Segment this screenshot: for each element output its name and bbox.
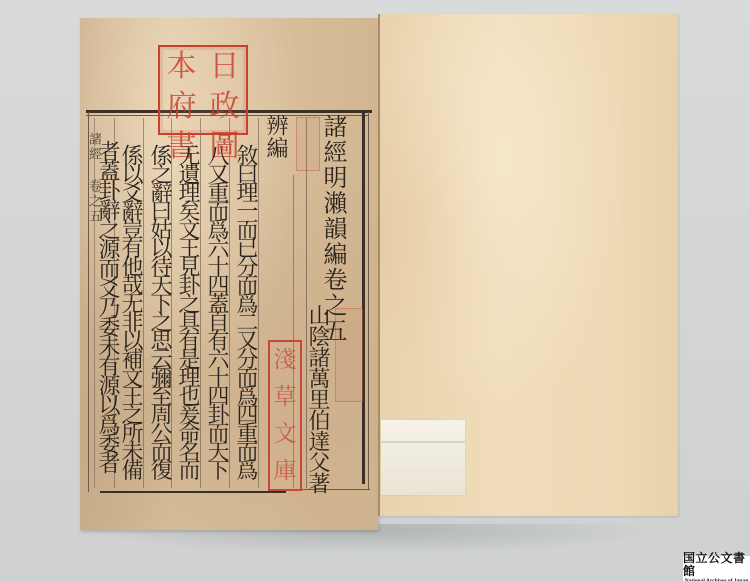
government-library-seal: 日 本 政 府 圖 書 [158, 45, 248, 135]
column-divider [143, 118, 144, 488]
seal-char: 府 [162, 87, 202, 127]
national-archives-logo: 国立公文書館 National Archives of Japan [683, 556, 750, 581]
column-divider [229, 118, 230, 488]
frame-right-thick-rule [362, 112, 365, 484]
seal-char: 政 [205, 87, 245, 127]
asakusa-library-seal: 淺 草 文 庫 [268, 340, 302, 491]
seal-char: 庫 [274, 454, 297, 488]
text-column-4: 係之辭曰姑以待天下之思云彌至周公而復 [146, 144, 172, 477]
seal-char: 草 [274, 380, 297, 414]
margin-fold-text: 諸經 卷之五 [80, 132, 106, 224]
section-heading: 辨編 [262, 114, 288, 159]
column-divider [258, 118, 259, 488]
seal-char: 日 [205, 47, 245, 87]
text-column-3: 无遺理矣文王見卦之具有是理也爰命名而 [174, 144, 200, 477]
author-column: 山陰諸萬里伯達父著 [304, 304, 330, 493]
seal-char: 文 [274, 417, 297, 451]
logo-japanese-text: 国立公文書館 [683, 552, 750, 578]
repair-tape [381, 420, 465, 495]
column-divider [200, 118, 201, 488]
seal-char: 淺 [274, 343, 297, 377]
text-column-2: 八又重而爲六十四蓋自有六十四卦而天下 [203, 144, 229, 477]
faint-seal-upper [296, 117, 320, 171]
frame-bottom-rule [100, 491, 286, 493]
repair-tape-fold [381, 441, 465, 443]
text-column-5: 係以爻辭豈有他哉无非以補文王之所未備 [117, 144, 143, 477]
frame-right-outer-rule [368, 112, 369, 490]
seal-char: 本 [162, 47, 202, 87]
text-column-1: 敘曰理一而已分而爲二又分而爲四重而爲 [232, 144, 258, 477]
